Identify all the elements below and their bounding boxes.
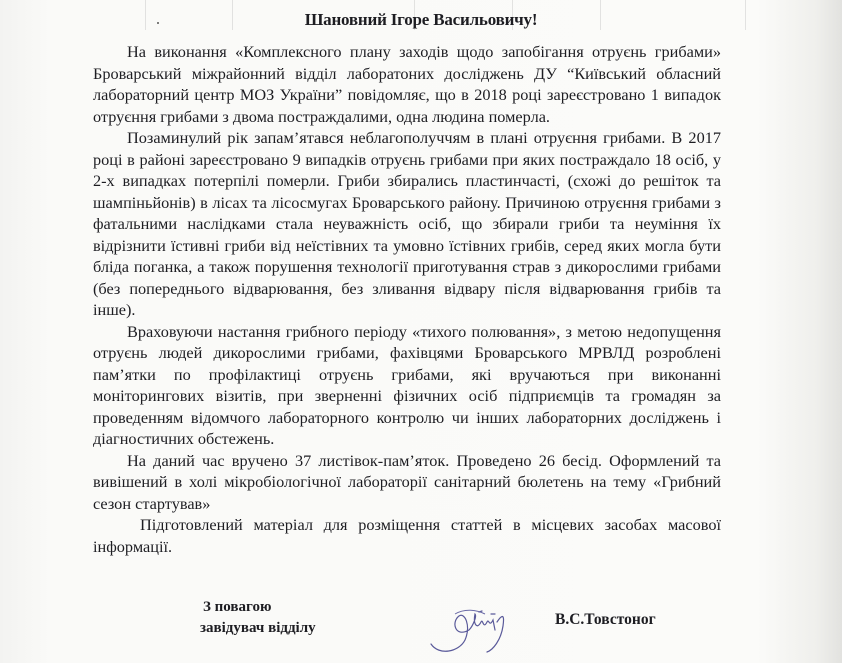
handwritten-signature-icon [425,600,525,660]
closing-position: завідувач відділу [200,618,316,639]
paragraph-1: На виконання «Комплексного плану заходів… [93,41,721,127]
signer-name: В.С.Товстоног [555,611,656,629]
paragraph-2: Позаминулий рік запам’ятався неблагополу… [93,127,721,321]
paragraph-3: Враховуючи настання грибного періоду «ти… [93,321,721,450]
closing-block: З повагою завідувач відділу [200,597,316,639]
paragraph-5: Підготовлений матеріал для розміщення ст… [93,514,721,557]
letter-body: На виконання «Комплексного плану заходів… [93,41,721,557]
closing-regards: З повагою [200,597,316,618]
scanned-letter-page: Шановний Ігоре Васильовичу! На виконання… [0,0,842,663]
salutation: Шановний Ігоре Васильовичу! [0,10,842,30]
paragraph-4: На даний час вручено 37 листівок-пам’ято… [93,450,721,515]
